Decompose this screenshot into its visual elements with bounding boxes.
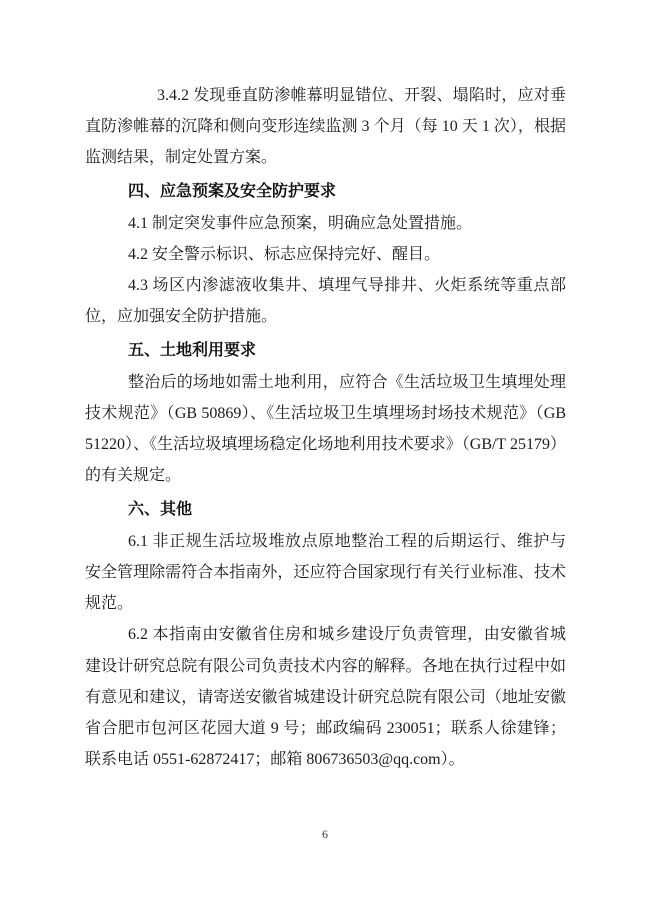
paragraph: 4.3 场区内渗滤液收集井、填埋气导排井、火炬系统等重点部位，应加强安全防护措施… <box>85 270 566 332</box>
paragraph: 4.1 制定突发事件应急预案，明确应急处置措施。 <box>85 208 566 239</box>
document-page: 3.4.2 发现垂直防渗帷幕明显错位、开裂、塌陷时，应对垂直防渗帷幕的沉降和侧向… <box>0 0 650 919</box>
page-number: 6 <box>0 826 650 842</box>
paragraph: 3.4.2 发现垂直防渗帷幕明显错位、开裂、塌陷时，应对垂直防渗帷幕的沉降和侧向… <box>85 80 566 174</box>
paragraph: 4.2 安全警示标识、标志应保持完好、醒目。 <box>85 239 566 270</box>
section-heading: 五、土地利用要求 <box>85 335 566 366</box>
paragraph: 6.1 非正规生活垃圾堆放点原地整治工程的后期运行、维护与安全管理除需符合本指南… <box>85 526 566 620</box>
paragraph: 6.2 本指南由安徽省住房和城乡建设厅负责管理，由安徽省城建设计研究总院有限公司… <box>85 619 566 775</box>
section-heading: 四、应急预案及安全防护要求 <box>85 176 566 207</box>
document-body: 3.4.2 发现垂直防渗帷幕明显错位、开裂、塌陷时，应对垂直防渗帷幕的沉降和侧向… <box>85 80 566 775</box>
paragraph: 整治后的场地如需土地利用，应符合《生活垃圾卫生填埋处理技术规范》（GB 5086… <box>85 367 566 492</box>
section-heading: 六、其他 <box>85 494 566 525</box>
